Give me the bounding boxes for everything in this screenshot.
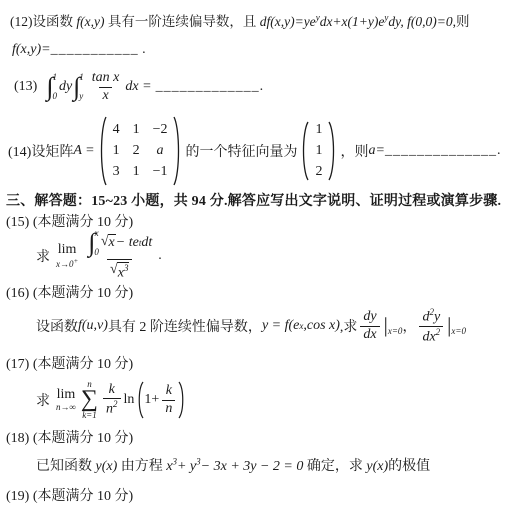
exam-page: (12)设函数 f(x,y) 具有一阶连续偏导数，且 df(x,y)=yeydx…	[0, 0, 524, 507]
q14-tail-text: ，则	[340, 141, 368, 161]
left-paren-icon	[300, 120, 309, 182]
matrix-cell: −1	[153, 164, 168, 180]
integral-sign: ∫ x0	[88, 229, 100, 257]
radical: √x	[101, 234, 116, 252]
q17-ln: ln	[124, 392, 135, 408]
q16-qiu: ,求	[340, 316, 358, 336]
matrix-cell: 1	[133, 164, 140, 180]
evaluation-bar: |x=0	[384, 316, 403, 336]
q13-frac-num: tan x	[89, 70, 123, 86]
vector-cell: 1	[315, 143, 322, 159]
q16-f2-den-dx: dx	[422, 329, 435, 344]
q13-int1-lower: 0	[52, 92, 57, 101]
q12-fxy: f(x,y)	[76, 14, 104, 29]
q13-int2-lower: y	[79, 92, 84, 101]
lim-condition: x→0	[56, 259, 74, 269]
evaluation-bar: |x=0	[447, 316, 466, 336]
q12-mid: dx+x(1+y)e	[320, 14, 385, 29]
limit-operator: lim x→0+	[56, 243, 78, 269]
q18-content: 已知函数 y(x) 由方程 x3+ y3− 3x + 3y − 2 = 0 确定…	[36, 455, 430, 475]
q17-label: (17) (本题满分 10 分)	[6, 353, 133, 373]
radicand: x	[108, 234, 116, 252]
q16-y-eq: y = f(e	[262, 318, 299, 334]
limit-operator: lim n→∞	[56, 388, 76, 412]
lim-plus: +	[74, 257, 79, 265]
q18-mid: 由方程	[117, 459, 166, 474]
q16-eval2: x=0	[451, 326, 466, 336]
q16-text1: 具有 2 阶连续性偏导数，	[108, 316, 262, 336]
right-paren-icon	[178, 380, 186, 420]
q16-label: (16) (本题满分 10 分)	[6, 282, 133, 302]
q16-dydx-fraction: dy dx	[360, 309, 379, 342]
q13-dy: dy	[59, 79, 72, 95]
q14-line: (14)设矩阵 A = 41−2 12a 31−1 的一个特征向量为 1 1 2…	[8, 112, 500, 190]
q13-number: (13)	[14, 79, 37, 95]
q16-content: 设函数 f(u,v) 具有 2 阶连续性偏导数， y = f(ex,cos x)…	[36, 303, 466, 349]
q12-dy: dy,	[388, 14, 403, 29]
q14-prefix: (14)设矩阵	[8, 141, 73, 161]
sigma-glyph: ∑	[81, 389, 98, 411]
q16-fuv: f(u,v)	[78, 318, 108, 334]
q16-eval1: x=0	[388, 326, 403, 336]
q12-answer-blank: ___________	[51, 42, 139, 57]
q12-line1: (12)设函数 f(x,y) 具有一阶连续偏导数，且 df(x,y)=yeydx…	[10, 10, 469, 30]
q14-period: .	[497, 143, 501, 159]
q16-f2-num-y: y	[434, 309, 440, 324]
left-paren-icon	[98, 115, 107, 187]
q13-fraction: tan x x	[89, 70, 123, 103]
q18-yx2: y(x)	[366, 459, 388, 474]
q16-pre: 设函数	[36, 316, 78, 336]
q16-cos: ,cos x)	[303, 318, 340, 334]
q13-period: .	[260, 79, 264, 95]
matrix-cell: 1	[133, 122, 140, 138]
q12-text1: 具有一阶连续偏导数，且	[104, 14, 259, 29]
q16-f1-num: dy	[360, 309, 379, 325]
q16-f1-den: dx	[360, 326, 379, 343]
lim-word: lim	[58, 243, 77, 257]
q17-f2-den: n	[162, 400, 175, 417]
q17-f2-num: k	[163, 383, 175, 399]
q15-qiu: 求	[36, 246, 50, 266]
q17-f1-num: k	[106, 382, 118, 398]
q15-period: .	[158, 248, 162, 264]
matrix-cell: 4	[113, 122, 120, 138]
q12-f00: f(0,0)=0	[404, 14, 453, 29]
q12-line2: f(x,y)=___________ .	[12, 42, 146, 58]
q12-period: .	[139, 42, 146, 57]
q12-df: df(x,y)=ye	[260, 14, 316, 29]
lim-word: lim	[57, 388, 76, 402]
integral-sign: ∫ 10	[46, 73, 58, 101]
q14-a-eq: a=	[368, 143, 384, 159]
q14-answer-blank: ______________	[385, 143, 497, 159]
q13-frac-den: x	[99, 87, 111, 104]
q17-f1-den: n	[106, 402, 113, 417]
radical: √x3	[110, 262, 129, 282]
section-heading: 三、解答题：15~23 小题，共 94 分.解答应写出文字说明、证明过程或演算步…	[6, 190, 501, 210]
q18-label: (18) (本题满分 10 分)	[6, 427, 133, 447]
left-paren-icon	[136, 380, 144, 420]
q16-d2ydx2-fraction: d2y dx2	[419, 307, 443, 346]
lim-condition: n→∞	[56, 403, 76, 412]
q12-text2: ,则	[453, 14, 470, 29]
q12-prefix: (12)设函数	[10, 14, 76, 29]
q15-formula: 求 lim x→0+ ∫ x0 √x − tet dt √x3 .	[36, 228, 162, 284]
matrix-cell: 2	[133, 143, 140, 159]
q16-comma: ，	[402, 316, 416, 336]
q13-int1-upper: 1	[52, 73, 57, 82]
q17-qiu: 求	[36, 390, 50, 410]
q15-big-fraction: ∫ x0 √x − tet dt √x3	[84, 229, 155, 282]
right-paren-icon	[173, 115, 182, 187]
sum-lower: k=1	[82, 411, 97, 420]
q18-end: 的极值	[388, 459, 430, 474]
q17-k-n2-fraction: k n2	[103, 382, 121, 418]
matrix-cell: −2	[153, 122, 168, 138]
matrix-cell: 3	[113, 164, 120, 180]
right-paren-icon	[328, 120, 337, 182]
q18-eq-y: + y	[177, 459, 196, 474]
vector-cell: 1	[315, 122, 322, 138]
q14-mid-text: 的一个特征向量为	[185, 141, 297, 161]
vector-cell: 2	[315, 164, 322, 180]
q13-answer-blank: _____________	[156, 79, 260, 95]
q18-eq-rest: − 3x + 3y − 2 = 0	[201, 459, 304, 474]
q14-A-eq: A =	[73, 143, 94, 159]
q18-yx: y(x)	[96, 459, 118, 474]
q15-int-lower: 0	[94, 248, 99, 257]
q18-pre: 已知函数	[36, 459, 96, 474]
matrix-cell: 1	[113, 143, 120, 159]
q17-inner-pre: 1+	[144, 392, 159, 408]
q14-eigenvector: 1 1 2	[300, 120, 337, 182]
q15-den-exp: 3	[124, 263, 129, 273]
q14-matrix: 41−2 12a 31−1	[98, 115, 183, 187]
q15-dt: dt	[141, 235, 152, 251]
q16-f2-den-exp: 2	[436, 327, 441, 337]
summation-operator: n ∑ k=1	[81, 380, 98, 420]
q15-num-rest: − te	[116, 235, 139, 251]
integral-sign: ∫ 1y	[73, 73, 85, 101]
q13-int2-upper: 1	[79, 73, 84, 82]
q13-line: (13) ∫ 10 dy ∫ 1y tan x x dx = _________…	[14, 64, 263, 110]
matrix-cell-a: a	[153, 143, 168, 159]
q19-label: (19) (本题满分 10 分)	[6, 485, 133, 505]
q12-lhs: f(x,y)=	[12, 42, 51, 57]
q18-tail: 确定，求	[303, 459, 366, 474]
q17-k-n-fraction: k n	[162, 383, 175, 416]
q17-f1-den-exp: 2	[113, 399, 118, 409]
q15-int-upper: x	[94, 229, 99, 238]
q17-formula: 求 lim n→∞ n ∑ k=1 k n2 ln 1+ k n	[36, 376, 186, 424]
q13-dx-eq: dx =	[125, 79, 151, 95]
